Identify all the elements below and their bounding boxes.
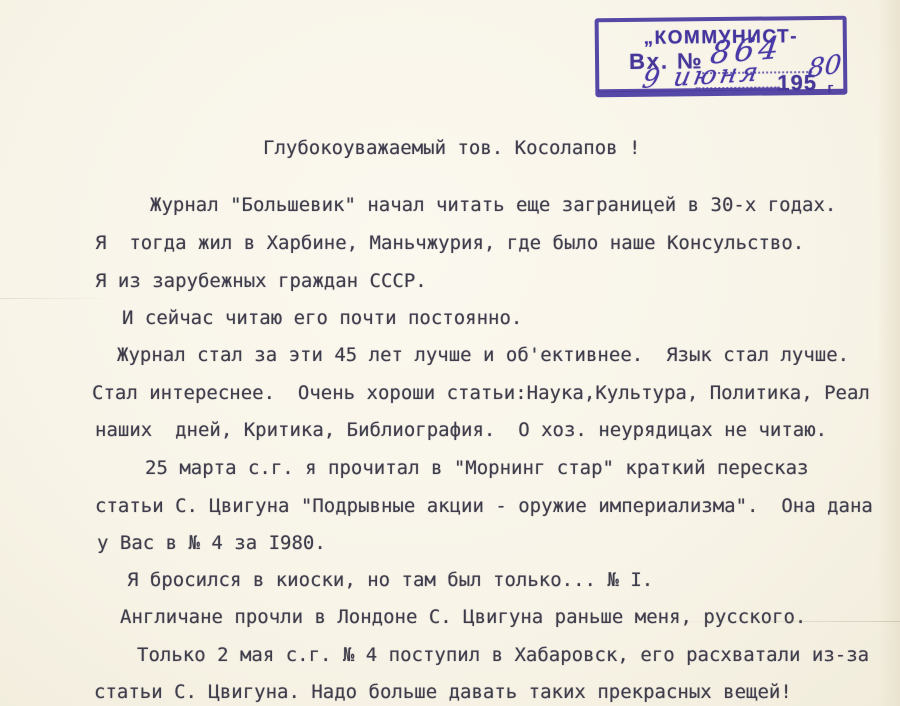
letter-line: Я бросился в киоски, но там был только..… bbox=[127, 569, 653, 591]
letter-line: Стал интереснее. Очень хороши статьи:Нау… bbox=[92, 382, 870, 404]
letter-line: Журнал "Большевик" начал читать еще загр… bbox=[150, 194, 836, 216]
paper-crease bbox=[660, 621, 900, 622]
letter-line: Англичане прочли в Лондоне С. Цвигуна ра… bbox=[120, 606, 806, 628]
letter-page: „КОММУНИСТ- Вх. № 864 9 июня 195 80 г Гл… bbox=[0, 0, 900, 706]
stamp-year-unit: г bbox=[827, 80, 833, 97]
letter-line: Я тогда жил в Харбине, Маньчжурия, где б… bbox=[95, 232, 804, 254]
incoming-stamp: „КОММУНИСТ- Вх. № 864 9 июня 195 80 г bbox=[595, 16, 848, 98]
paper-crease-left bbox=[0, 298, 120, 299]
stamp-writing-line bbox=[598, 66, 780, 92]
letter-line: Журнал стал за эти 45 лет лучше и об'ект… bbox=[117, 344, 849, 366]
letter-line: статьи С. Цвигуна "Подрывные акции - ору… bbox=[95, 495, 873, 517]
letter-line: Только 2 мая с.г. № 4 поступил в Хабаров… bbox=[137, 644, 869, 666]
letter-line: статьи С. Цвигуна. Надо больше давать та… bbox=[94, 681, 792, 703]
letter-line: у Вас в № 4 за I980. bbox=[97, 532, 326, 554]
stamp-year-handwritten: 80 bbox=[807, 50, 843, 85]
letter-line: наших дней, Критика, Библиография. О хоз… bbox=[95, 419, 827, 441]
letter-line: Я из зарубежных граждан СССР. bbox=[95, 270, 427, 292]
letter-line: И сейчас читаю его почти постоянно. bbox=[122, 307, 522, 329]
letter-line: 25 марта с.г. я прочитал в "Морнинг стар… bbox=[145, 457, 808, 479]
salutation: Глубокоуважаемый тов. Косолапов ! bbox=[263, 137, 641, 159]
